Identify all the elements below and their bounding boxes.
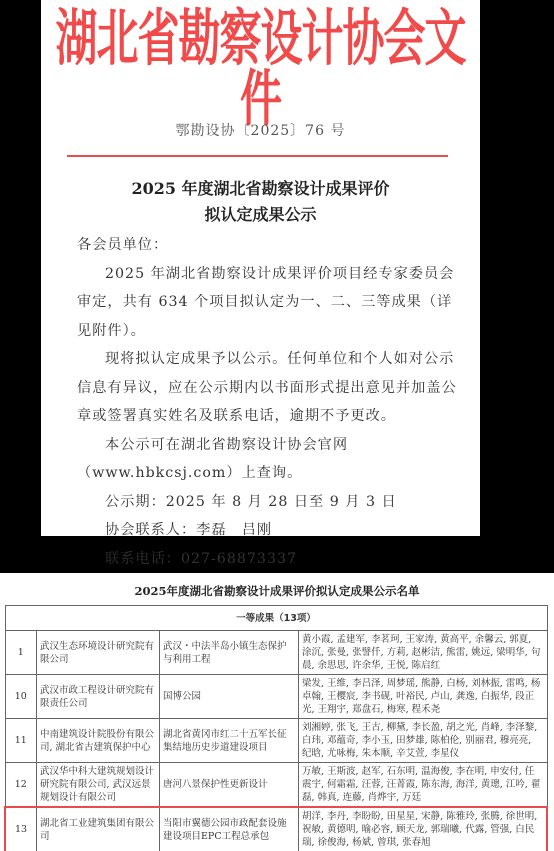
row-number: 12 [5,763,37,808]
row-people: 梁发, 王维, 李吕泽, 周梦瑶, 熊静, 白杨, 刘林振, 雷鸣, 杨卓翰, … [299,675,548,719]
notice-body: 各会员单位： 2025 年湖北省勘察设计成果评价项目经专家委员会审定，共有 63… [77,231,457,573]
row-number: 13 [5,807,37,851]
section-header-row: 一等成果（13项） [5,606,547,631]
results-table: 一等成果（13项） 1 武汉生态环境设计研究院有限公司 武汉・中法半岛小镇生态保… [4,605,548,851]
document-number: 鄂勘设协〔2025〕76 号 [41,120,480,140]
row-org: 中南建筑设计院股份有限公司, 湖北省古建筑保护中心 [37,719,160,763]
result-list: 2025年度湖北省勘察设计成果评价拟认定成果公示名单 一等成果（13项） 1 武… [0,573,554,851]
row-people: 刘湘婷, 张飞, 王古, 柳黛, 李长盈, 胡之光, 肖峰, 李泽黎, 白玮, … [299,719,548,763]
table-row: 1 武汉生态环境设计研究院有限公司 武汉・中法半岛小镇生态保护与利用工程 黄小霞… [5,631,547,675]
row-org: 武汉华中科大建筑规划设计研究院有限公司, 武汉远景规划设计有限公司 [37,763,160,808]
row-project: 武汉・中法半岛小镇生态保护与利用工程 [160,631,299,675]
row-people: 黄小霞, 孟建军, 李茗珂, 王家涛, 黄高平, 余馨云, 郭夏, 涂沉, 张曼… [299,631,548,675]
paragraph-1: 2025 年湖北省勘察设计成果评价项目经专家委员会审定，共有 634 个项目拟认… [77,260,457,346]
publicity-period: 公示期：2025 年 8 月 28 日至 9 月 3 日 [77,488,457,517]
highlighted-table-row: 13 湖北省工业建筑集团有限公司 当阳市翼德公园市政配套设施建设项目EPC工程总… [5,807,547,851]
paragraph-3: 本公示可在湖北省勘察设计协会官网（www.hbkcsj.com）上查询。 [77,431,457,488]
list-title: 2025年度湖北省勘察设计成果评价拟认定成果公示名单 [0,583,554,599]
paragraph-2: 现将拟认定成果予以公示。任何单位和个人如对公示信息有异议，应在公示期内以书面形式… [77,345,457,431]
salutation: 各会员单位： [77,231,457,260]
row-people: 胡洋, 李丹, 李盼盼, 田星星, 宋静, 陈雅玲, 张腾, 徐世明, 祝敏, … [299,807,548,851]
row-org: 湖北省工业建筑集团有限公司 [37,807,160,851]
row-project: 国博公园 [160,675,299,719]
row-project: 湖北省黄冈市红二十五军长征集结地历史步道建设项目 [160,719,299,763]
contact-phone: 联系电话：027-68873337 [77,545,457,574]
row-project: 唐河八景保护性更新设计 [160,763,299,808]
notice-title-line1: 2025 年度湖北省勘察设计成果评价 [41,176,480,199]
section-label: 一等成果（13项） [5,606,547,631]
row-people: 万敏, 王斯波, 赵军, 石东明, 温海俊, 李在明, 申安付, 任震宇, 何霜… [299,763,548,808]
table-row: 12 武汉华中科大建筑规划设计研究院有限公司, 武汉远景规划设计有限公司 唐河八… [5,763,547,808]
table-row: 10 武汉市政工程设计研究院有限责任公司 国博公园 梁发, 王维, 李吕泽, 周… [5,675,547,719]
notice-title-line2: 拟认定成果公示 [41,202,480,225]
row-org: 武汉市政工程设计研究院有限责任公司 [37,675,160,719]
red-divider [67,155,448,157]
row-number: 1 [5,631,37,675]
row-number: 11 [5,719,37,763]
row-org: 武汉生态环境设计研究院有限公司 [37,631,160,675]
row-number: 10 [5,675,37,719]
contact-persons: 协会联系人：李磊 吕刚 [77,516,457,545]
table-row: 11 中南建筑设计院股份有限公司, 湖北省古建筑保护中心 湖北省黄冈市红二十五军… [5,719,547,763]
document-header: 湖北省勘察设计协会文件 [41,8,480,130]
notice-page: 湖北省勘察设计协会文件 鄂勘设协〔2025〕76 号 2025 年度湖北省勘察设… [41,0,480,536]
row-project: 当阳市翼德公园市政配套设施建设项目EPC工程总承包 [160,807,299,851]
